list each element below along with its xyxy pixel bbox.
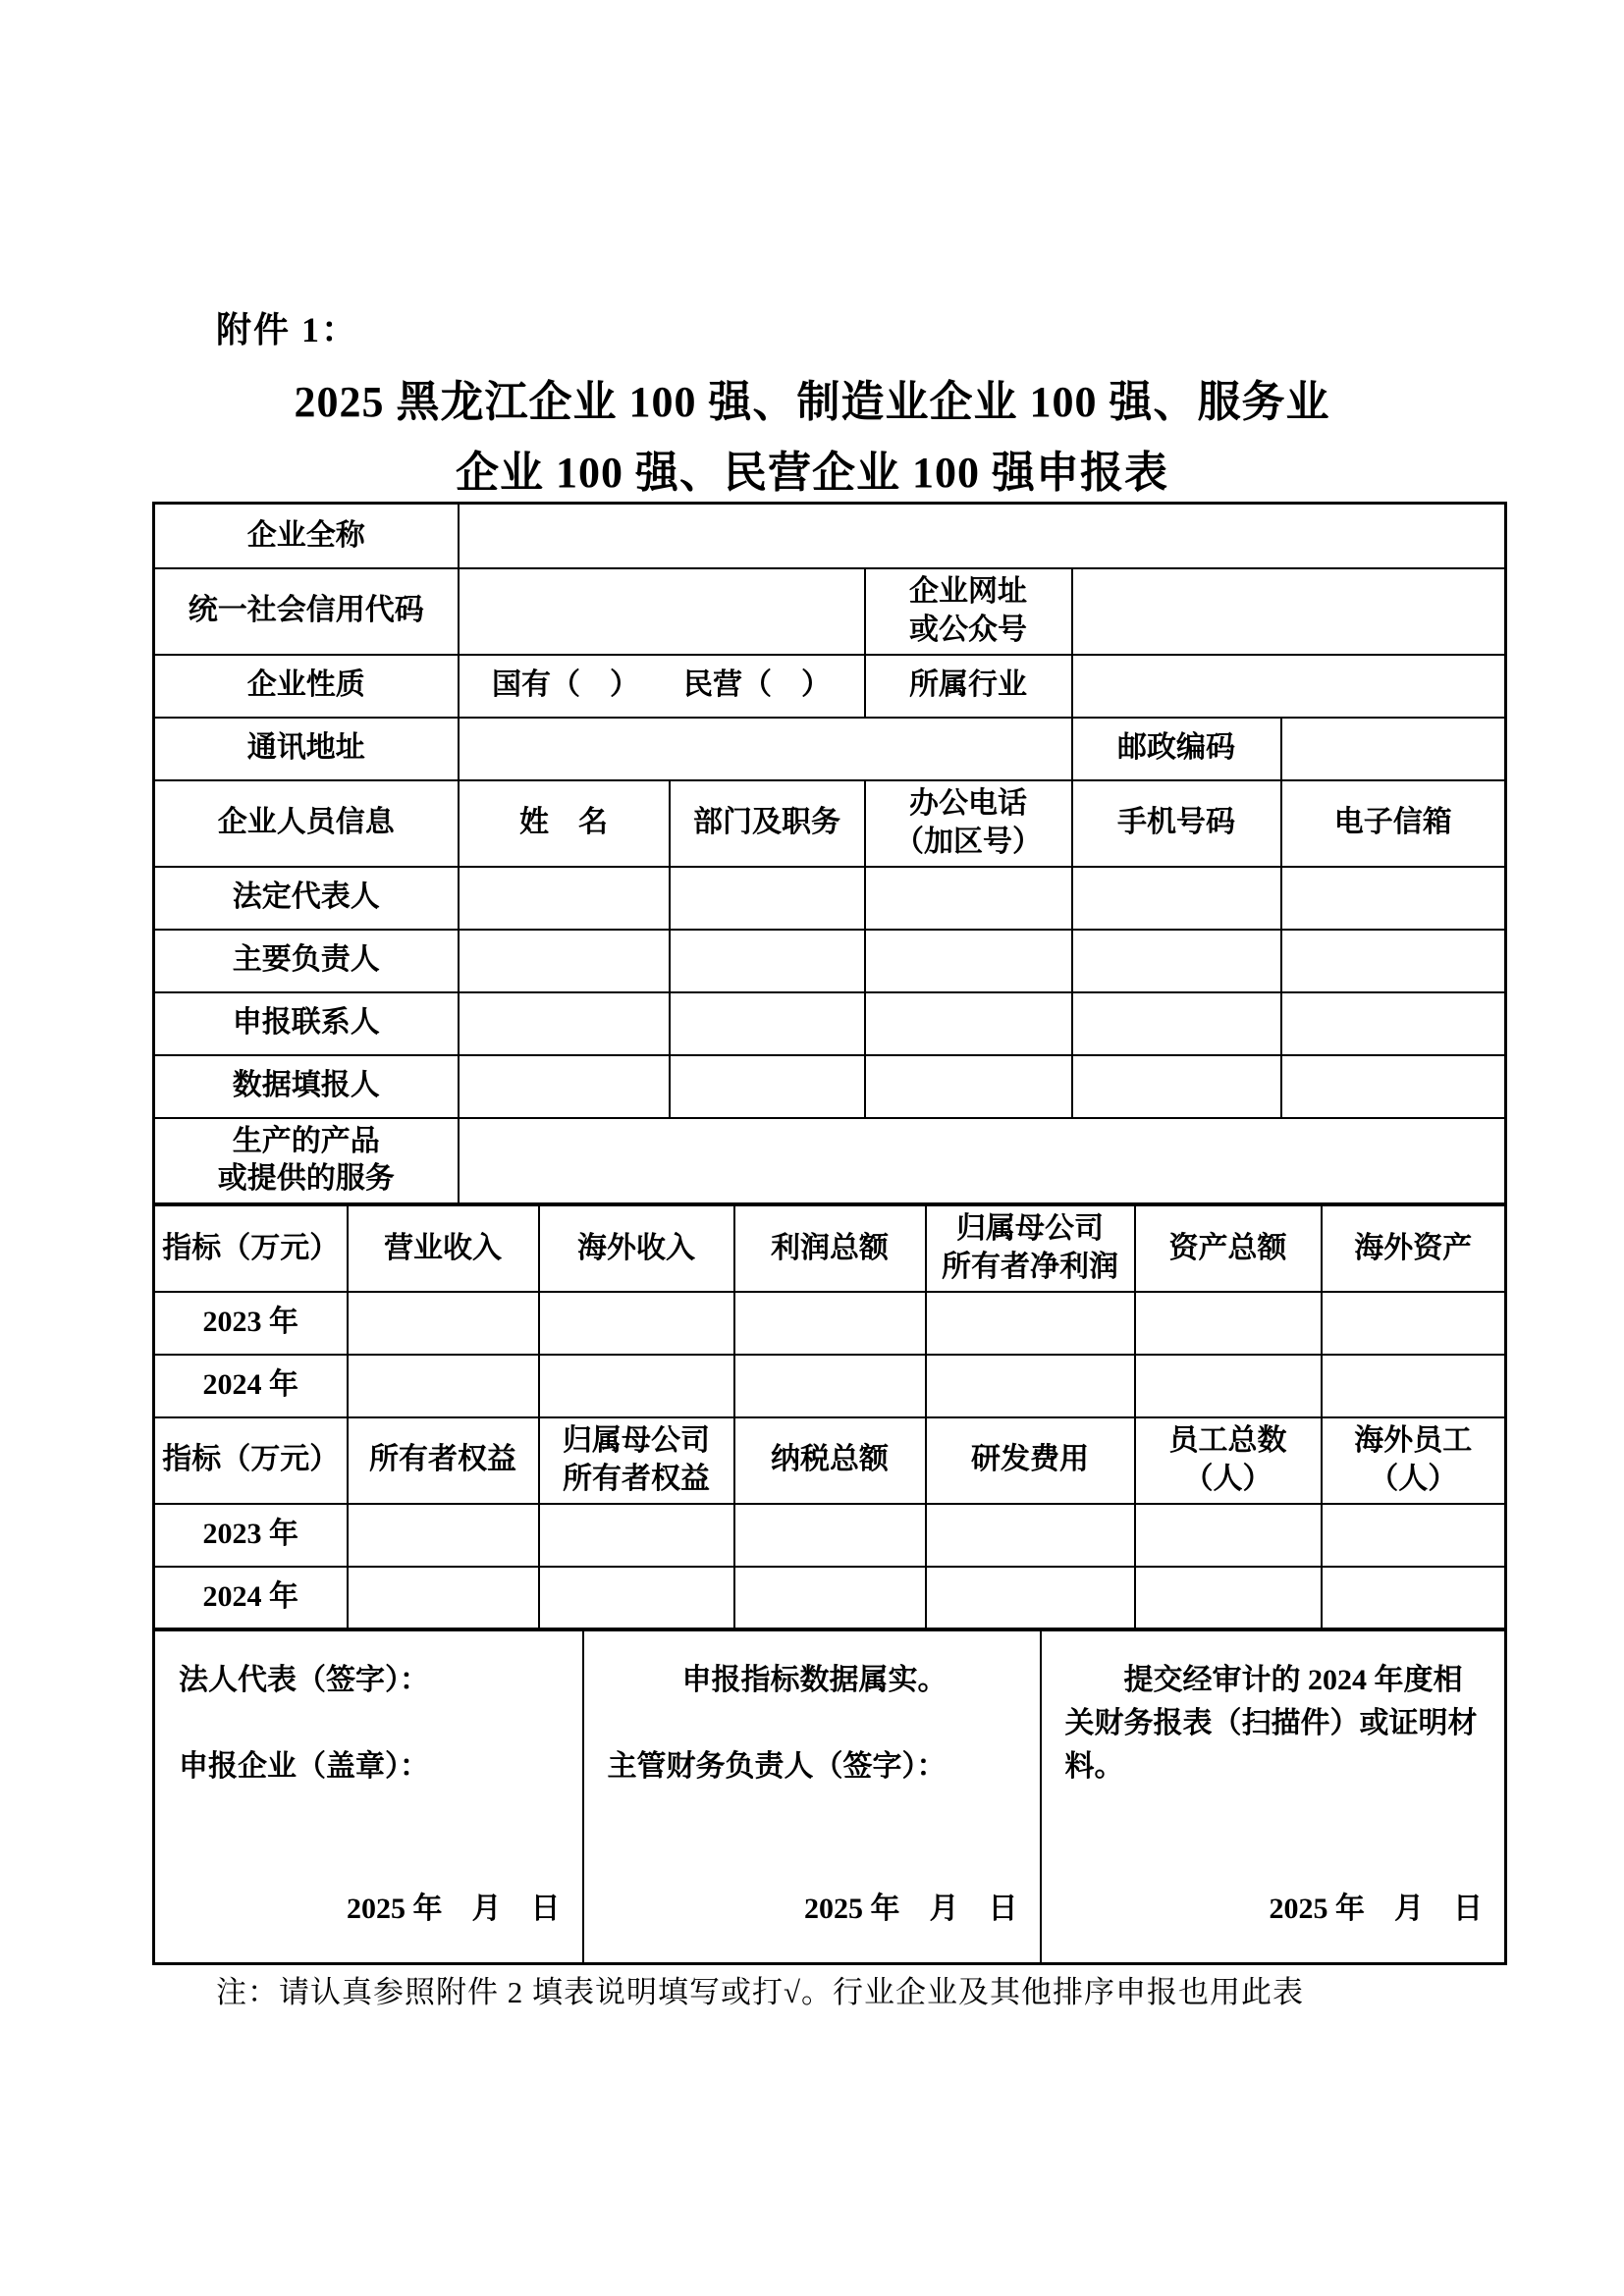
label-credit-code: 统一社会信用代码	[154, 568, 459, 655]
field-2023-total-assets[interactable]	[1135, 1292, 1322, 1355]
label-contact: 申报联系人	[154, 992, 459, 1055]
signature-cell-legal-rep: 法人代表（签字）： 申报企业（盖章）： 2025 年 月 日	[154, 1630, 583, 1964]
field-2024-total-assets[interactable]	[1135, 1355, 1322, 1417]
label-website: 企业网址 或公众号	[865, 568, 1072, 655]
field-products-services[interactable]	[459, 1118, 1506, 1204]
column-header-office-phone: 办公电话 （加区号）	[865, 780, 1072, 867]
field-2024-parent-net-profit[interactable]	[926, 1355, 1135, 1417]
field-legal-rep-email[interactable]	[1281, 867, 1506, 930]
field-legal-rep-mobile[interactable]	[1072, 867, 1281, 930]
column-header-overseas-assets: 海外资产	[1322, 1205, 1506, 1292]
table-row: 2024 年	[154, 1567, 1506, 1629]
column-header-rd-expense: 研发费用	[926, 1417, 1135, 1504]
audit-materials-statement: 提交经审计的 2024 年度相关财务报表（扫描件）或证明材料。	[1065, 1659, 1488, 1789]
table-row: 指标（万元） 所有者权益 归属母公司 所有者权益 纳税总额 研发费用 员工总数 …	[154, 1417, 1506, 1504]
label-indicator-unit: 指标（万元）	[154, 1205, 348, 1292]
field-principal-office-phone[interactable]	[865, 930, 1072, 992]
field-legal-rep-office-phone[interactable]	[865, 867, 1072, 930]
label-year-2023: 2023 年	[154, 1292, 348, 1355]
form-table: 企业全称 统一社会信用代码 企业网址 或公众号 企业性质 国有（ ） 民营（ ）…	[152, 502, 1504, 1965]
label-principal: 主要负责人	[154, 930, 459, 992]
table-row: 2023 年	[154, 1292, 1506, 1355]
field-principal-email[interactable]	[1281, 930, 1506, 992]
label-postal-code: 邮政编码	[1072, 718, 1281, 780]
attachment-label: 附件 1：	[216, 302, 358, 352]
table-row: 法人代表（签字）： 申报企业（盖章）： 2025 年 月 日 申报指标数据属实。…	[154, 1630, 1506, 1964]
label-company-nature: 企业性质	[154, 655, 459, 718]
company-info-table: 企业全称 统一社会信用代码 企业网址 或公众号 企业性质 国有（ ） 民营（ ）…	[152, 502, 1507, 1205]
column-header-total-employees: 员工总数 （人）	[1135, 1417, 1322, 1504]
field-2023-parent-net-profit[interactable]	[926, 1292, 1135, 1355]
label-data-filler: 数据填报人	[154, 1055, 459, 1118]
date-line-finance: 2025 年 月 日	[804, 1888, 1018, 1931]
indicators-table: 指标（万元） 营业收入 海外收入 利润总额 归属母公司 所有者净利润 资产总额 …	[152, 1203, 1507, 1630]
table-row: 主要负责人	[154, 930, 1506, 992]
date-line-audit: 2025 年 月 日	[1270, 1888, 1484, 1931]
column-header-dept: 部门及职务	[670, 780, 865, 867]
column-header-total-profit: 利润总额	[734, 1205, 926, 1292]
field-2023-total-tax[interactable]	[734, 1504, 926, 1567]
field-contact-email[interactable]	[1281, 992, 1506, 1055]
column-header-total-assets: 资产总额	[1135, 1205, 1322, 1292]
field-principal-name[interactable]	[459, 930, 670, 992]
field-2024-rd-expense[interactable]	[926, 1567, 1135, 1629]
label-company-name: 企业全称	[154, 504, 459, 568]
column-header-parent-net-profit: 归属母公司 所有者净利润	[926, 1205, 1135, 1292]
column-header-operating-revenue: 营业收入	[348, 1205, 539, 1292]
field-nature-options[interactable]: 国有（ ） 民营（ ）	[459, 655, 865, 718]
field-2023-overseas-revenue[interactable]	[539, 1292, 734, 1355]
field-credit-code[interactable]	[459, 568, 865, 655]
column-header-mobile: 手机号码	[1072, 780, 1281, 867]
field-data-filler-office-phone[interactable]	[865, 1055, 1072, 1118]
field-contact-mobile[interactable]	[1072, 992, 1281, 1055]
field-address[interactable]	[459, 718, 1072, 780]
signature-cell-finance: 申报指标数据属实。 主管财务负责人（签字）： 2025 年 月 日	[583, 1630, 1041, 1964]
field-data-filler-dept[interactable]	[670, 1055, 865, 1118]
field-contact-dept[interactable]	[670, 992, 865, 1055]
data-truth-statement: 申报指标数据属实。	[608, 1659, 1022, 1702]
cfo-sign-label: 主管财务负责人（签字）：	[608, 1745, 1022, 1789]
field-2024-owners-equity[interactable]	[348, 1567, 539, 1629]
field-industry[interactable]	[1072, 655, 1506, 718]
field-2024-parent-owners-equity[interactable]	[539, 1567, 734, 1629]
field-legal-rep-name[interactable]	[459, 867, 670, 930]
field-2023-total-employees[interactable]	[1135, 1504, 1322, 1567]
label-indicator-unit-2: 指标（万元）	[154, 1417, 348, 1504]
field-data-filler-name[interactable]	[459, 1055, 670, 1118]
page-title: 2025 黑龙江企业 100 强、制造业企业 100 强、服务业 企业 100 …	[0, 367, 1624, 508]
label-products-services: 生产的产品 或提供的服务	[154, 1118, 459, 1204]
signature-table: 法人代表（签字）： 申报企业（盖章）： 2025 年 月 日 申报指标数据属实。…	[152, 1629, 1507, 1965]
table-row: 2024 年	[154, 1355, 1506, 1417]
label-personnel-info: 企业人员信息	[154, 780, 459, 867]
field-2024-total-employees[interactable]	[1135, 1567, 1322, 1629]
field-2023-overseas-assets[interactable]	[1322, 1292, 1506, 1355]
field-website[interactable]	[1072, 568, 1506, 655]
field-2023-rd-expense[interactable]	[926, 1504, 1135, 1567]
column-header-owners-equity: 所有者权益	[348, 1417, 539, 1504]
table-row: 数据填报人	[154, 1055, 1506, 1118]
field-postal-code[interactable]	[1281, 718, 1506, 780]
footnote: 注：请认真参照附件 2 填表说明填写或打√。行业企业及其他排序申报也用此表	[216, 1967, 1304, 2011]
column-header-parent-owners-equity: 归属母公司 所有者权益	[539, 1417, 734, 1504]
table-row: 申报联系人	[154, 992, 1506, 1055]
table-row: 企业性质 国有（ ） 民营（ ） 所属行业	[154, 655, 1506, 718]
field-data-filler-mobile[interactable]	[1072, 1055, 1281, 1118]
field-principal-dept[interactable]	[670, 930, 865, 992]
label-year-2024-b: 2024 年	[154, 1567, 348, 1629]
column-header-name: 姓 名	[459, 780, 670, 867]
column-header-overseas-employees: 海外员工 （人）	[1322, 1417, 1506, 1504]
column-header-overseas-revenue: 海外收入	[539, 1205, 734, 1292]
field-contact-name[interactable]	[459, 992, 670, 1055]
label-address: 通讯地址	[154, 718, 459, 780]
date-line-legal-rep: 2025 年 月 日	[347, 1888, 561, 1931]
legal-rep-sign-label: 法人代表（签字）：	[179, 1659, 565, 1702]
field-2023-operating-revenue[interactable]	[348, 1292, 539, 1355]
field-principal-mobile[interactable]	[1072, 930, 1281, 992]
table-row: 生产的产品 或提供的服务	[154, 1118, 1506, 1204]
field-2023-total-profit[interactable]	[734, 1292, 926, 1355]
document-page: 附件 1： 2025 黑龙江企业 100 强、制造业企业 100 强、服务业 企…	[0, 0, 1624, 2296]
label-year-2023-b: 2023 年	[154, 1504, 348, 1567]
table-row: 统一社会信用代码 企业网址 或公众号	[154, 568, 1506, 655]
field-2023-parent-owners-equity[interactable]	[539, 1504, 734, 1567]
field-2024-overseas-employees[interactable]	[1322, 1567, 1506, 1629]
company-seal-label: 申报企业（盖章）：	[179, 1745, 565, 1789]
field-2024-overseas-assets[interactable]	[1322, 1355, 1506, 1417]
label-year-2024: 2024 年	[154, 1355, 348, 1417]
label-legal-rep: 法定代表人	[154, 867, 459, 930]
field-2023-overseas-employees[interactable]	[1322, 1504, 1506, 1567]
signature-cell-audit: 提交经审计的 2024 年度相关财务报表（扫描件）或证明材料。 2025 年 月…	[1041, 1630, 1506, 1964]
table-row: 2023 年	[154, 1504, 1506, 1567]
label-industry: 所属行业	[865, 655, 1072, 718]
field-2024-overseas-revenue[interactable]	[539, 1355, 734, 1417]
field-2024-total-tax[interactable]	[734, 1567, 926, 1629]
field-2023-owners-equity[interactable]	[348, 1504, 539, 1567]
column-header-total-tax: 纳税总额	[734, 1417, 926, 1504]
field-contact-office-phone[interactable]	[865, 992, 1072, 1055]
table-row: 企业全称	[154, 504, 1506, 568]
table-row: 通讯地址 邮政编码	[154, 718, 1506, 780]
table-row: 法定代表人	[154, 867, 1506, 930]
field-data-filler-email[interactable]	[1281, 1055, 1506, 1118]
table-row: 企业人员信息 姓 名 部门及职务 办公电话 （加区号） 手机号码 电子信箱	[154, 780, 1506, 867]
table-row: 指标（万元） 营业收入 海外收入 利润总额 归属母公司 所有者净利润 资产总额 …	[154, 1205, 1506, 1292]
column-header-email: 电子信箱	[1281, 780, 1506, 867]
field-legal-rep-dept[interactable]	[670, 867, 865, 930]
page-title-line2: 企业 100 强、民营企业 100 强申报表	[0, 438, 1624, 508]
page-title-line1: 2025 黑龙江企业 100 强、制造业企业 100 强、服务业	[0, 367, 1624, 438]
field-2024-operating-revenue[interactable]	[348, 1355, 539, 1417]
field-2024-total-profit[interactable]	[734, 1355, 926, 1417]
field-company-name[interactable]	[459, 504, 1506, 568]
